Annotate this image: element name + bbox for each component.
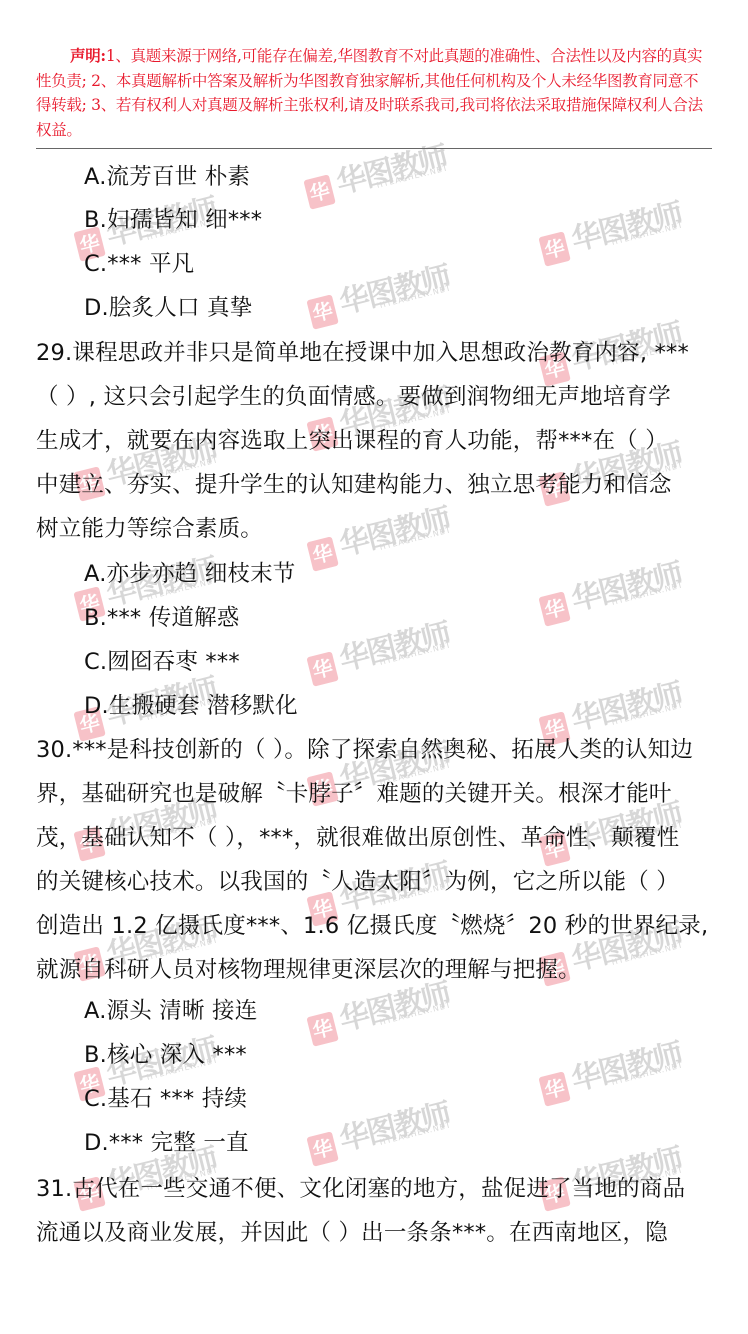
q29-stem-line: 中建立、夯实、提升学生的认知建构能力、独立思考能力和信念 bbox=[36, 470, 716, 500]
q31-stem-line: 流通以及商业发展，并因此（ ）出一条条***。在西南地区，隐 bbox=[36, 1218, 716, 1248]
q29-option-d: D.生搬硬套 潜移默化 bbox=[84, 691, 748, 721]
q30-stem-line: 茂，基础认知不（ ），***，就很难做出原创性、革命性、颠覆性 bbox=[36, 823, 716, 853]
q30-stem-line: 创造出 1.2 亿摄氏度***、1.6 亿摄氏度〝燃烧〞20 秒的世界纪录, bbox=[36, 911, 716, 941]
q30-stem-line: 30.***是科技创新的（ ）。除了探索自然奥秘、拓展人类的认知边 bbox=[36, 735, 716, 765]
disclaimer-notice: 声明:1、真题来源于网络,可能存在偏差,华图教育不对此真题的准确性、合法性以及内… bbox=[36, 44, 712, 142]
q28-option-a: A.流芳百世 朴素 bbox=[84, 162, 748, 192]
q28-option-c: C.*** 平凡 bbox=[84, 249, 748, 279]
q28-option-d: D.脍炙人口 真挚 bbox=[84, 293, 748, 323]
q29-stem-line: （ ）, 这只会引起学生的负面情感。要做到润物细无声地培育学 bbox=[36, 382, 716, 412]
q29-stem-line: 树立能力等综合素质。 bbox=[36, 514, 716, 544]
q30-stem-line: 界，基础研究也是破解〝卡脖子〞难题的关键开关。根深才能叶 bbox=[36, 779, 716, 809]
q30-stem-line: 就源自科研人员对核物理规律更深层次的理解与把握。 bbox=[36, 955, 716, 985]
q30-option-d: D.*** 完整 一直 bbox=[84, 1128, 748, 1158]
q30-option-b: B.核心 深入 *** bbox=[84, 1040, 748, 1070]
q29-stem-line: 生成才，就要在内容选取上突出课程的育人功能，帮***在（ ） bbox=[36, 426, 716, 456]
disclaimer-text: 1、真题来源于网络,可能存在偏差,华图教育不对此真题的准确性、合法性以及内容的真… bbox=[36, 47, 703, 139]
q29-option-c: C.囫囵吞枣 *** bbox=[84, 647, 748, 677]
divider bbox=[36, 148, 712, 149]
q30-stem-line: 的关键核心技术。以我国的〝人造太阳〞为例，它之所以能（ ） bbox=[36, 867, 716, 897]
disclaimer-label: 声明: bbox=[70, 46, 106, 65]
q29-stem-line: 29.课程思政并非只是简单地在授课中加入思想政治教育内容, *** bbox=[36, 338, 716, 368]
q29-option-a: A.亦步亦趋 细枝末节 bbox=[84, 559, 748, 589]
q28-option-b: B.妇孺皆知 细*** bbox=[84, 205, 748, 235]
q29-option-b: B.*** 传道解惑 bbox=[84, 603, 748, 633]
q31-stem-line: 31.古代在一些交通不便、文化闭塞的地方，盐促进了当地的商品 bbox=[36, 1174, 716, 1204]
q30-option-c: C.基石 *** 持续 bbox=[84, 1084, 748, 1114]
q30-option-a: A.源头 清晰 接连 bbox=[84, 996, 748, 1026]
